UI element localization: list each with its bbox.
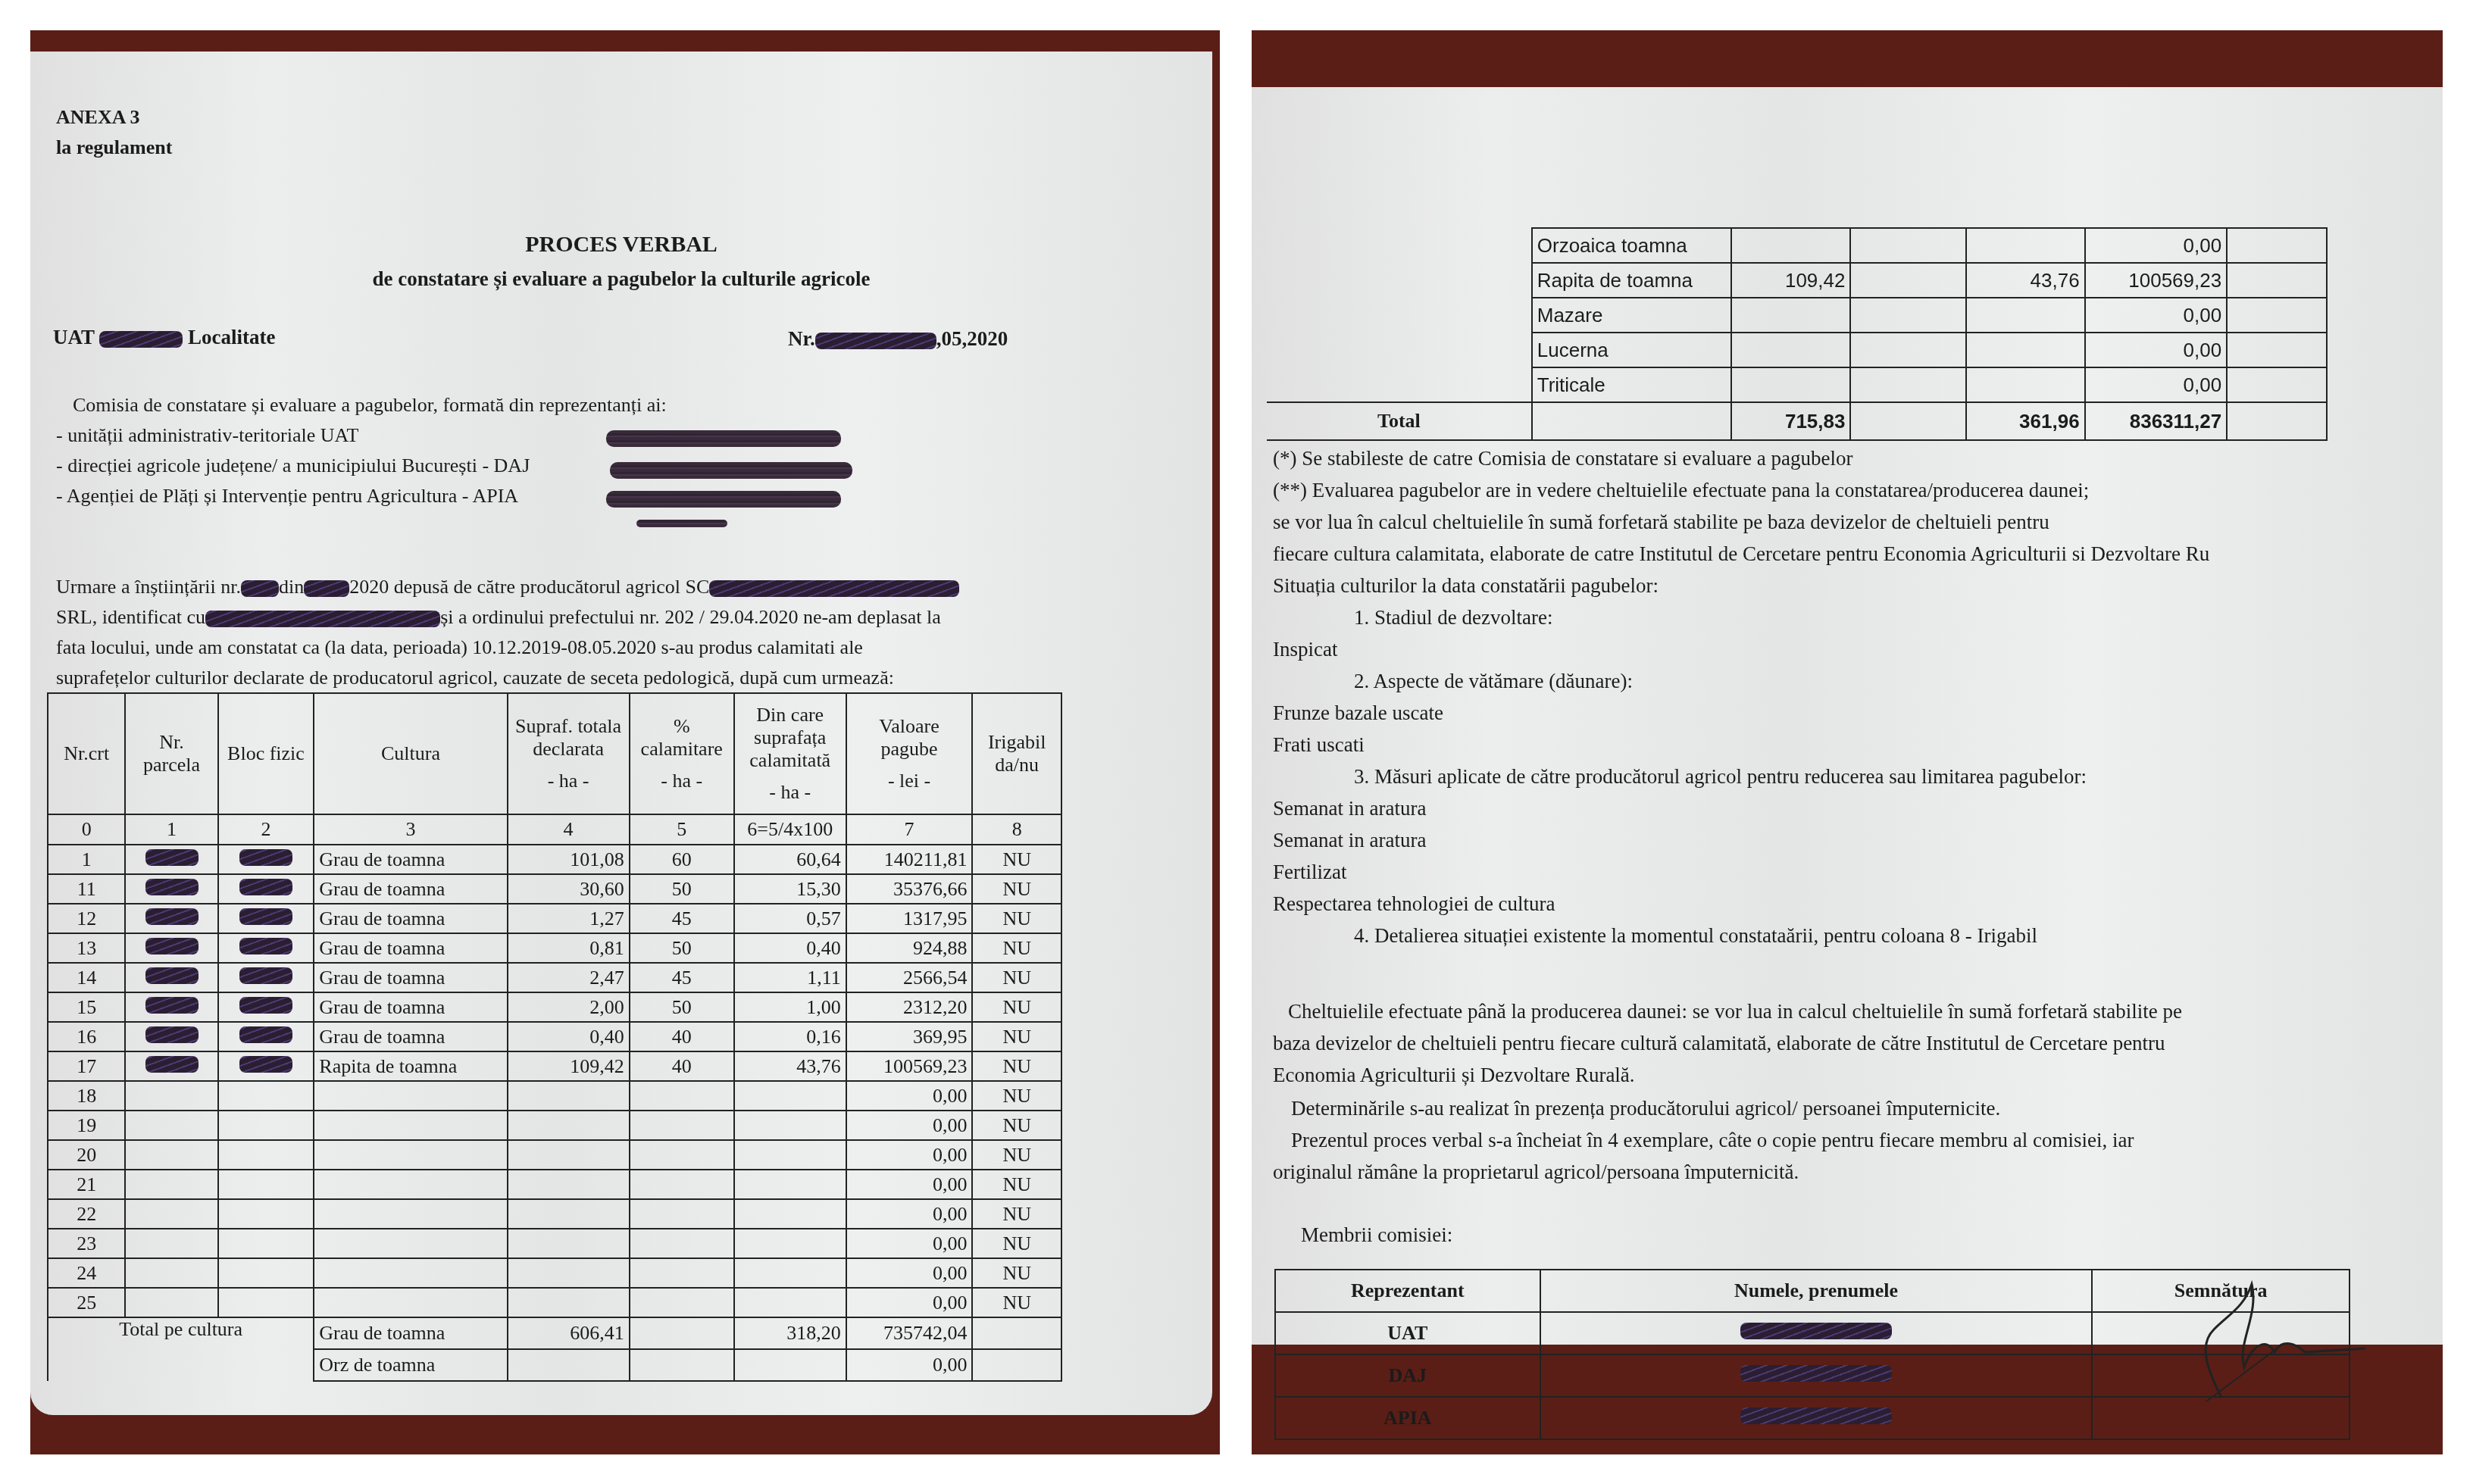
damage-value: 0,00 [846, 1081, 973, 1111]
table-header-cell: Bloc fizic [218, 693, 314, 814]
block-redacted [218, 1140, 314, 1170]
notification-line-1: Urmare a înștiințării nr.din2020 depusă … [56, 576, 959, 598]
damaged-area [734, 1229, 846, 1258]
table-row: 200,00NU [48, 1140, 1061, 1170]
empty-cell [1267, 228, 1532, 263]
table-row: 220,00NU [48, 1199, 1061, 1229]
table-row: 230,00NU [48, 1229, 1061, 1258]
table-row: 210,00NU [48, 1170, 1061, 1199]
declared-area [1731, 228, 1850, 263]
section-item: Fertilizat [1273, 861, 1346, 884]
block-redacted [218, 992, 314, 1022]
note-4: fiecare cultura calamitata, elaborate de… [1273, 542, 2209, 566]
table-header-cell: Din care suprafața calamitată- ha - [734, 693, 846, 814]
redaction-mark [99, 331, 183, 348]
header-unit: - ha - [635, 770, 729, 792]
redaction-mark [606, 430, 841, 447]
damaged-area: 43,76 [734, 1051, 846, 1081]
damage-percent: 40 [630, 1022, 734, 1051]
block-redacted [218, 845, 314, 874]
parcel-number-redacted [125, 933, 217, 963]
commission-member-apia: - Agenției de Plăți și Intervenție pentr… [56, 485, 518, 508]
member-name-redacted [1540, 1397, 2093, 1439]
table-header-cell: Nr. parcela [125, 693, 217, 814]
damage-percent: 50 [630, 874, 734, 904]
crop-name: Grau de toamna [314, 933, 507, 963]
block-redacted [218, 1229, 314, 1258]
note-1: (*) Se stabileste de catre Comisia de co… [1273, 447, 1852, 470]
row-number: 11 [48, 874, 125, 904]
crop-name: Lucerna [1532, 333, 1732, 367]
block-redacted [218, 1258, 314, 1288]
grand-total-damaged: 361,96 [1966, 402, 2085, 440]
table-row: 190,00NU [48, 1111, 1061, 1140]
parcel-number-redacted [125, 1081, 217, 1111]
section-item: Semanat in aratura [1273, 829, 1426, 852]
redaction-mark [304, 580, 349, 597]
parcel-number-redacted [125, 1022, 217, 1051]
redaction-mark [1740, 1407, 1892, 1424]
parcel-number-redacted [125, 845, 217, 874]
table-row: 15Grau de toamna2,00501,002312,20NU [48, 992, 1061, 1022]
nr-date: ,05,2020 [936, 327, 1008, 350]
damage-value: 0,00 [2085, 228, 2228, 263]
section-item: Frati uscati [1273, 733, 1365, 757]
irrigable: NU [972, 1258, 1061, 1288]
redaction-mark [145, 1026, 199, 1043]
table-row: 17Rapita de toamna109,424043,76100569,23… [48, 1051, 1061, 1081]
damaged-area: 318,20 [734, 1317, 846, 1349]
block-redacted [218, 1199, 314, 1229]
damage-value: 735742,04 [846, 1317, 973, 1349]
row-number: 16 [48, 1022, 125, 1051]
crop-name [314, 1111, 507, 1140]
damaged-area [734, 1111, 846, 1140]
empty-cell [2227, 367, 2327, 402]
parcel-number-redacted [125, 1199, 217, 1229]
damage-value: 924,88 [846, 933, 973, 963]
table-row: 240,00NU [48, 1258, 1061, 1288]
text: și a ordinului prefectului nr. 202 / 29.… [440, 606, 941, 628]
parcel-number-redacted [125, 874, 217, 904]
table-header-cell: Supraf. totala declarata- ha - [508, 693, 630, 814]
irrigable: NU [972, 992, 1061, 1022]
redaction-mark [145, 938, 199, 954]
irrigable: NU [972, 874, 1061, 904]
parcel-number-redacted [125, 1288, 217, 1317]
irrigable: NU [972, 904, 1061, 933]
empty-cell [1267, 298, 1532, 333]
header-unit: - lei - [852, 770, 968, 792]
damaged-area [734, 1288, 846, 1317]
header-label: Bloc fizic [224, 742, 309, 765]
header-label: Din care suprafața calamitată [739, 704, 841, 772]
empty-cell [1850, 367, 1965, 402]
declared-area [508, 1349, 630, 1381]
header-label: Valoare pagube [852, 715, 968, 761]
redaction-mark [145, 849, 199, 866]
table-row: 14Grau de toamna2,47451,112566,54NU [48, 963, 1061, 992]
right-page-photo: Orzoaica toamna0,00Rapita de toamna109,4… [1252, 30, 2443, 1454]
damage-percent [630, 1170, 734, 1199]
declared-area [508, 1288, 630, 1317]
irrigable: NU [972, 1111, 1061, 1140]
section-item: Inspicat [1273, 638, 1337, 661]
irrigable: NU [972, 1288, 1061, 1317]
redaction-mark [239, 938, 292, 954]
member-name-redacted [1540, 1312, 2093, 1354]
irrigable: NU [972, 1081, 1061, 1111]
index-cell: 0 [48, 814, 125, 845]
index-cell: 1 [125, 814, 217, 845]
header-unit: - ha - [739, 781, 841, 804]
empty-cell [2227, 228, 2327, 263]
irrigable: NU [972, 1199, 1061, 1229]
crop-name: Grau de toamna [314, 1022, 507, 1051]
damaged-area: 0,16 [734, 1022, 846, 1051]
crop-name: Grau de toamna [314, 992, 507, 1022]
damage-value: 0,00 [846, 1288, 973, 1317]
parcel-number-redacted [125, 992, 217, 1022]
notification-line-2: SRL, identificat cuși a ordinului prefec… [56, 606, 941, 629]
damaged-area: 0,40 [734, 933, 846, 963]
damaged-area: 15,30 [734, 874, 846, 904]
damaged-area [734, 1349, 846, 1381]
declared-area: 109,42 [508, 1051, 630, 1081]
header-label: % calamitare [635, 715, 729, 761]
table-header-cell: % calamitare- ha - [630, 693, 734, 814]
block-redacted [218, 904, 314, 933]
irrigable: NU [972, 1170, 1061, 1199]
block-redacted [218, 1170, 314, 1199]
row-number: 12 [48, 904, 125, 933]
index-cell: 7 [846, 814, 973, 845]
table-header-cell: Irigabil da/nu [972, 693, 1061, 814]
closing-line-2: baza devizelor de cheltuieli pentru fiec… [1273, 1032, 2165, 1055]
damage-value: 100569,23 [846, 1051, 973, 1081]
total-row: Triticale0,00 [1267, 367, 2327, 402]
declared-area [508, 1170, 630, 1199]
crop-name [314, 1288, 507, 1317]
empty-cell [1267, 367, 1532, 402]
declared-area [1731, 333, 1850, 367]
commission-member-daj: - direcției agricole județene/ a municip… [56, 455, 530, 477]
crop-name [314, 1081, 507, 1111]
redaction-mark [145, 908, 199, 925]
header-label: Supraf. totala declarata [513, 715, 624, 761]
table-row: 250,00NU [48, 1288, 1061, 1317]
crop-name: Rapita de toamna [1532, 263, 1732, 298]
table-row: 11Grau de toamna30,605015,3035376,66NU [48, 874, 1061, 904]
redaction-mark [815, 333, 936, 349]
block-redacted [218, 1081, 314, 1111]
irrigable: NU [972, 963, 1061, 992]
declared-area: 2,47 [508, 963, 630, 992]
declared-area [508, 1111, 630, 1140]
grand-total-row: Total715,83361,96836311,27 [1267, 402, 2327, 440]
document-subtitle: de constatare și evaluare a pagubelor la… [30, 267, 1212, 291]
empty-cell [2227, 333, 2327, 367]
crop-name [314, 1140, 507, 1170]
crop-name [314, 1199, 507, 1229]
section-item: Respectarea tehnologiei de cultura [1273, 892, 1555, 916]
empty-cell [1850, 228, 1965, 263]
crop-name: Triticale [1532, 367, 1732, 402]
header-label: Irigabil da/nu [977, 731, 1056, 776]
closing-line-4: Determinările s-au realizat în prezența … [1291, 1097, 2000, 1120]
block-redacted [218, 1051, 314, 1081]
redaction-mark [145, 997, 199, 1014]
declared-area: 2,00 [508, 992, 630, 1022]
grand-total-value: 836311,27 [2085, 402, 2228, 440]
row-number: 15 [48, 992, 125, 1022]
irrigable: NU [972, 845, 1061, 874]
block-redacted [218, 1288, 314, 1317]
header-label: Cultura [319, 742, 502, 765]
damage-value: 0,00 [846, 1170, 973, 1199]
left-page-photo: ANEXA 3 la regulament PROCES VERBAL de c… [30, 30, 1220, 1454]
row-number: 14 [48, 963, 125, 992]
empty-cell [1850, 263, 1965, 298]
declared-area: 101,08 [508, 845, 630, 874]
table-header-cell: Valoare pagube- lei - [846, 693, 973, 814]
block-redacted [218, 1022, 314, 1051]
grand-total-label: Total [1267, 402, 1532, 440]
nr-label: Nr. [788, 327, 815, 350]
redaction-mark [239, 849, 292, 866]
empty-cell [2227, 263, 2327, 298]
empty-cell [1850, 333, 1965, 367]
table-row: 12Grau de toamna1,27450,571317,95NU [48, 904, 1061, 933]
redaction-mark [709, 580, 959, 597]
row-number: 24 [48, 1258, 125, 1288]
damaged-area [734, 1081, 846, 1111]
crop-name: Mazare [1532, 298, 1732, 333]
damage-value: 0,00 [846, 1199, 973, 1229]
damage-percent [630, 1140, 734, 1170]
damage-percent: 60 [630, 845, 734, 874]
declared-area [508, 1199, 630, 1229]
uat-label: UAT [53, 326, 95, 348]
row-number: 20 [48, 1140, 125, 1170]
parcel-number-redacted [125, 1140, 217, 1170]
crop-name: Grau de toamna [314, 845, 507, 874]
closing-line-1: Cheltuielile efectuate până la producere… [1288, 1000, 2182, 1023]
document-number: Nr.,05,2020 [788, 327, 1008, 351]
redaction-mark [239, 997, 292, 1014]
redaction-mark [239, 908, 292, 925]
signature-header-cell: Reprezentant [1275, 1270, 1540, 1312]
damage-value: 0,00 [846, 1229, 973, 1258]
index-cell: 4 [508, 814, 630, 845]
index-cell: 5 [630, 814, 734, 845]
block-redacted [218, 963, 314, 992]
redaction-mark [239, 1026, 292, 1043]
empty-cell [1532, 402, 1732, 440]
header-label: Nr.crt [53, 742, 120, 765]
damage-value: 0,00 [846, 1349, 973, 1381]
empty-cell [630, 1349, 734, 1381]
total-row: Total pe culturaGrau de toamna606,41318,… [48, 1317, 1061, 1349]
section-heading-2: 2. Aspecte de vătămare (dăunare): [1354, 670, 1633, 693]
redaction-mark [1740, 1365, 1892, 1382]
text: 2020 depusă de către producătorul agrico… [349, 576, 709, 598]
total-label: Total pe cultura [48, 1317, 314, 1381]
header-unit: - ha - [513, 770, 624, 792]
declared-area [508, 1140, 630, 1170]
notification-line-4: suprafețelor culturilor declarate de pro… [56, 667, 894, 689]
damaged-area [734, 1170, 846, 1199]
damage-percent [630, 1288, 734, 1317]
situation-heading: Situația culturilor la data constatării … [1273, 574, 1659, 598]
section-heading-1: 1. Stadiul de dezvoltare: [1354, 606, 1552, 630]
damage-value: 0,00 [2085, 298, 2228, 333]
declared-area [1731, 298, 1850, 333]
table-header-cell: Nr.crt [48, 693, 125, 814]
damage-percent [630, 1199, 734, 1229]
section-heading-4: 4. Detalierea situației existente la mom… [1354, 924, 2037, 948]
redaction-mark [606, 491, 841, 508]
row-number: 22 [48, 1199, 125, 1229]
header-label: Nr. parcela [130, 731, 212, 776]
total-row: Orzoaica toamna0,00 [1267, 228, 2327, 263]
left-paper-sheet: ANEXA 3 la regulament PROCES VERBAL de c… [30, 52, 1212, 1415]
section-item: Frunze bazale uscate [1273, 701, 1443, 725]
row-number: 23 [48, 1229, 125, 1258]
irrigable: NU [972, 933, 1061, 963]
damage-percent: 50 [630, 933, 734, 963]
localitate-label: Localitate [188, 326, 275, 348]
irrigable: NU [972, 1051, 1061, 1081]
commission-member-uat: - unității administrativ-teritoriale UAT [56, 424, 358, 447]
damaged-area: 43,76 [1966, 263, 2085, 298]
redaction-mark [636, 520, 727, 527]
declared-area [508, 1229, 630, 1258]
commission-intro: Comisia de constatare și evaluare a pagu… [73, 394, 667, 417]
table-row: 1Grau de toamna101,086060,64140211,81NU [48, 845, 1061, 874]
row-number: 19 [48, 1111, 125, 1140]
damage-value: 0,00 [2085, 367, 2228, 402]
crop-name [314, 1170, 507, 1199]
empty-cell [2227, 298, 2327, 333]
table-index-row: 0123456=5/4x10078 [48, 814, 1061, 845]
note-2: (**) Evaluarea pagubelor are in vedere c… [1273, 479, 2089, 502]
document-title: PROCES VERBAL [30, 232, 1212, 258]
representative-name: UAT [1275, 1312, 1540, 1354]
closing-line-3: Economia Agriculturii și Dezvoltare Rura… [1273, 1064, 1635, 1087]
text: din [279, 576, 304, 598]
block-redacted [218, 1111, 314, 1140]
damaged-area [734, 1140, 846, 1170]
table-row: 16Grau de toamna0,40400,16369,95NU [48, 1022, 1061, 1051]
damage-value: 2566,54 [846, 963, 973, 992]
note-3: se vor lua în calcul cheltuielile în sum… [1273, 511, 2049, 534]
redaction-mark [145, 967, 199, 984]
damaged-area [734, 1199, 846, 1229]
empty-cell [1850, 402, 1965, 440]
block-redacted [218, 933, 314, 963]
declared-area: 0,40 [508, 1022, 630, 1051]
grand-total-area: 715,83 [1731, 402, 1850, 440]
crop-name: Grau de toamna [314, 904, 507, 933]
signature-header-cell: Numele, prenumele [1540, 1270, 2093, 1312]
irrigable: NU [972, 1140, 1061, 1170]
row-number: 13 [48, 933, 125, 963]
table-header-cell: Cultura [314, 693, 507, 814]
damage-value: 0,00 [2085, 333, 2228, 367]
uat-line: UAT Localitate [53, 326, 275, 349]
redaction-mark [205, 611, 440, 627]
crop-name: Grau de toamna [314, 874, 507, 904]
redaction-mark [239, 967, 292, 984]
notification-line-3: fata locului, unde am constatat ca (la d… [56, 636, 863, 659]
damage-percent [630, 1111, 734, 1140]
redaction-mark [145, 879, 199, 895]
damage-value: 0,00 [846, 1258, 973, 1288]
declared-area: 30,60 [508, 874, 630, 904]
redaction-mark [239, 879, 292, 895]
damage-value: 35376,66 [846, 874, 973, 904]
damage-value: 100569,23 [2085, 263, 2228, 298]
damaged-area: 0,57 [734, 904, 846, 933]
totals-body: Orzoaica toamna0,00Rapita de toamna109,4… [1267, 228, 2327, 440]
damage-percent [630, 1258, 734, 1288]
declared-area: 0,81 [508, 933, 630, 963]
parcel-number-redacted [125, 904, 217, 933]
declared-area: 606,41 [508, 1317, 630, 1349]
damage-percent: 45 [630, 904, 734, 933]
annex-label: ANEXA 3 [56, 106, 140, 129]
row-number: 21 [48, 1170, 125, 1199]
damaged-area [1966, 298, 2085, 333]
row-number: 17 [48, 1051, 125, 1081]
empty-cell [2227, 402, 2327, 440]
crop-name: Orzoaica toamna [1532, 228, 1732, 263]
section-item: Semanat in aratura [1273, 797, 1426, 820]
redaction-mark [241, 580, 279, 597]
representative-name: APIA [1275, 1397, 1540, 1439]
index-cell: 3 [314, 814, 507, 845]
damaged-area [1966, 367, 2085, 402]
index-cell: 8 [972, 814, 1061, 845]
damage-table: Nr.crtNr. parcelaBloc fizicCulturaSupraf… [47, 692, 1062, 1382]
table-row: 13Grau de toamna0,81500,40924,88NU [48, 933, 1061, 963]
declared-area [508, 1258, 630, 1288]
right-paper-sheet: Orzoaica toamna0,00Rapita de toamna109,4… [1252, 87, 2443, 1345]
table-header-row: Nr.crtNr. parcelaBloc fizicCulturaSupraf… [48, 693, 1061, 814]
closing-line-6: originalul rămâne la proprietarul agrico… [1273, 1161, 1799, 1184]
irrigable: NU [972, 1022, 1061, 1051]
empty-cell [1850, 298, 1965, 333]
table-body: 1Grau de toamna101,086060,64140211,81NU1… [48, 845, 1061, 1381]
damage-value: 0,00 [846, 1140, 973, 1170]
empty-cell [972, 1317, 1061, 1349]
parcel-number-redacted [125, 1258, 217, 1288]
damaged-area: 1,00 [734, 992, 846, 1022]
empty-cell [1267, 333, 1532, 367]
irrigable: NU [972, 1229, 1061, 1258]
block-redacted [218, 874, 314, 904]
total-row: Lucerna0,00 [1267, 333, 2327, 367]
damaged-area: 60,64 [734, 845, 846, 874]
signature-scribble-icon [2176, 1276, 2373, 1405]
text: Urmare a înștiințării nr. [56, 576, 241, 598]
member-name-redacted [1540, 1354, 2093, 1397]
redaction-mark [239, 1056, 292, 1073]
section-heading-3: 3. Măsuri aplicate de către producătorul… [1354, 765, 2087, 789]
closing-line-5: Prezentul proces verbal s-a încheiat în … [1291, 1129, 2134, 1152]
annex-sub-label: la regulament [56, 136, 172, 159]
